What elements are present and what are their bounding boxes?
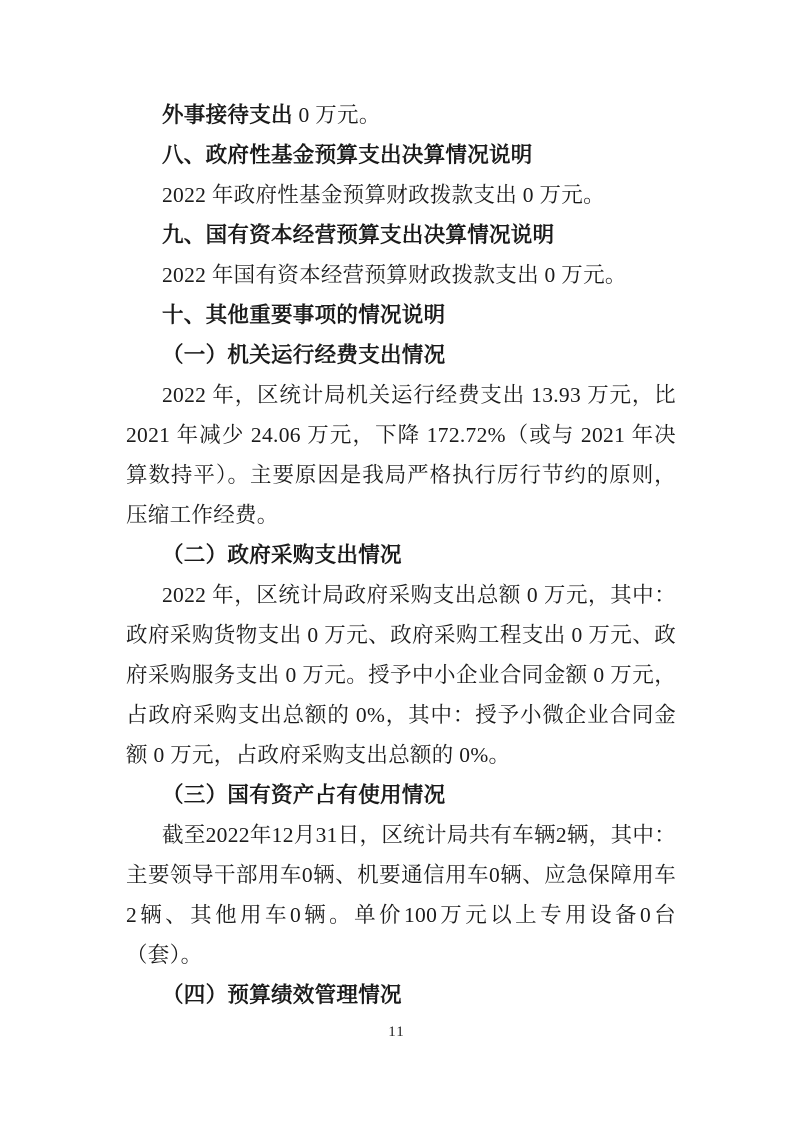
subsection-heading-4-performance-management: （四）预算绩效管理情况 [126,975,676,1015]
section-heading-8-gov-fund-budget: 八、政府性基金预算支出决算情况说明 [126,135,676,175]
paragraph-normal-run: 0 万元。 [293,103,381,127]
paragraph-foreign-affairs-expense: 外事接待支出 0 万元。 [126,95,676,135]
subsection-heading-3-state-assets: （三）国有资产占有使用情况 [126,775,676,815]
section-heading-9-state-capital-budget: 九、国有资本经营预算支出决算情况说明 [126,215,676,255]
section-heading-10-other-matters: 十、其他重要事项的情况说明 [126,295,676,335]
paragraph-procurement: 2022 年，区统计局政府采购支出总额 0 万元，其中：政府采购货物支出 0 万… [126,575,676,775]
subsection-heading-1-operating-expense: （一）机关运行经费支出情况 [126,335,676,375]
document-page: 外事接待支出 0 万元。 八、政府性基金预算支出决算情况说明 2022 年政府性… [0,0,793,1122]
paragraph-bold-run: 外事接待支出 [162,103,293,127]
document-body: 外事接待支出 0 万元。 八、政府性基金预算支出决算情况说明 2022 年政府性… [126,95,676,1015]
paragraph-state-assets: 截至2022年12月31日，区统计局共有车辆2辆，其中：主要领导干部用车0辆、机… [126,815,676,975]
paragraph-operating-expense: 2022 年，区统计局机关运行经费支出 13.93 万元，比 2021 年减少 … [126,375,676,535]
paragraph-gov-fund-budget: 2022 年政府性基金预算财政拨款支出 0 万元。 [126,175,676,215]
subsection-heading-2-procurement: （二）政府采购支出情况 [126,535,676,575]
page-number: 11 [0,1022,793,1042]
paragraph-state-capital-budget: 2022 年国有资本经营预算财政拨款支出 0 万元。 [126,255,676,295]
